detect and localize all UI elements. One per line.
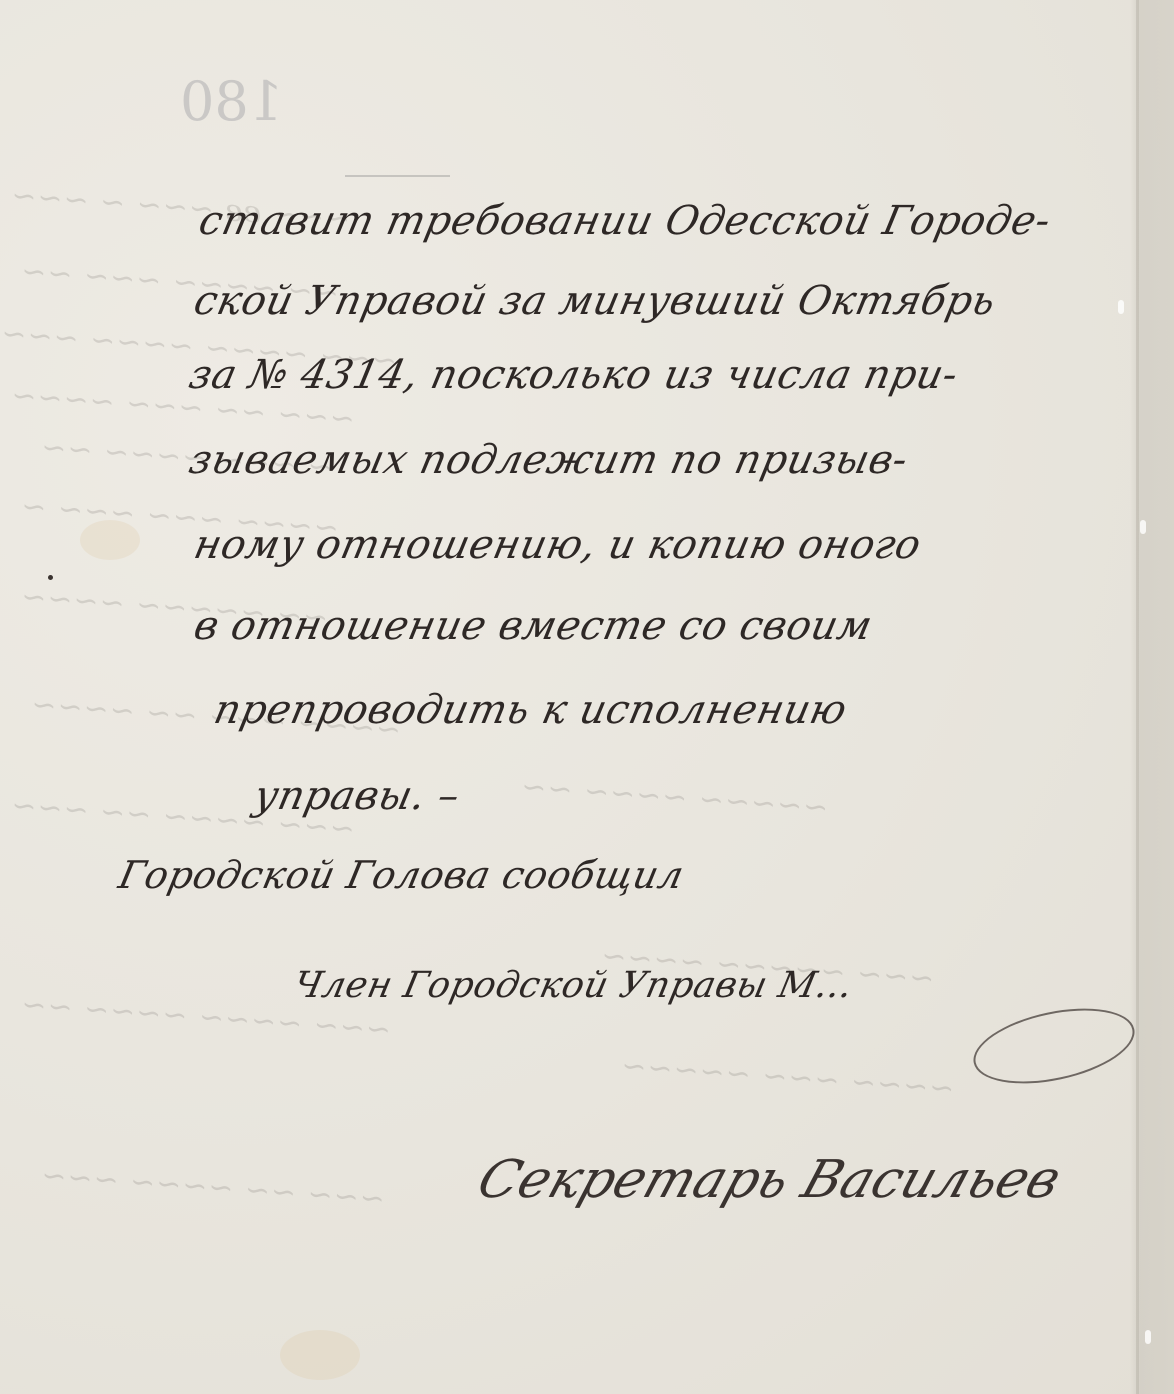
body-line-1: ставит требовании Одесской Городе- [195,198,1055,244]
signature-flourish [967,996,1142,1097]
paper-tear [1118,300,1124,314]
body-line-2: ской Управой за минувший Октябрь [190,278,1000,324]
body-line-3: за № 4314, посколько из числа при- [185,352,962,398]
page-fold [1136,0,1139,1394]
ink-dot [48,575,53,580]
closing-line: Городской Голова сообщил [115,853,688,897]
page-number-underline [345,175,450,177]
body-line-4: зываемых подлежит по призыв- [185,437,912,483]
body-line-5: ному отношению, и копию оного [190,522,925,568]
paper-stain [280,1330,360,1380]
signatory-title: Член Городской Управы М... [290,965,857,1006]
body-line-6: в отношение вместе со своим [190,603,877,649]
paper-tear [1145,1330,1151,1344]
paper-tear [1140,520,1146,534]
document-page: ~~~ вв ~~~ ~ ~~~ ~~ ~~~~ ~~~ ~~ ~~~ ~~~~… [0,0,1174,1394]
paper-stain [80,520,140,560]
body-line-8: управы. – [250,773,464,819]
page-number: 180 [180,70,283,133]
secretary-signature: Секретарь Васильев [470,1150,1068,1210]
body-line-7: препроводить к исполнению [210,687,851,733]
